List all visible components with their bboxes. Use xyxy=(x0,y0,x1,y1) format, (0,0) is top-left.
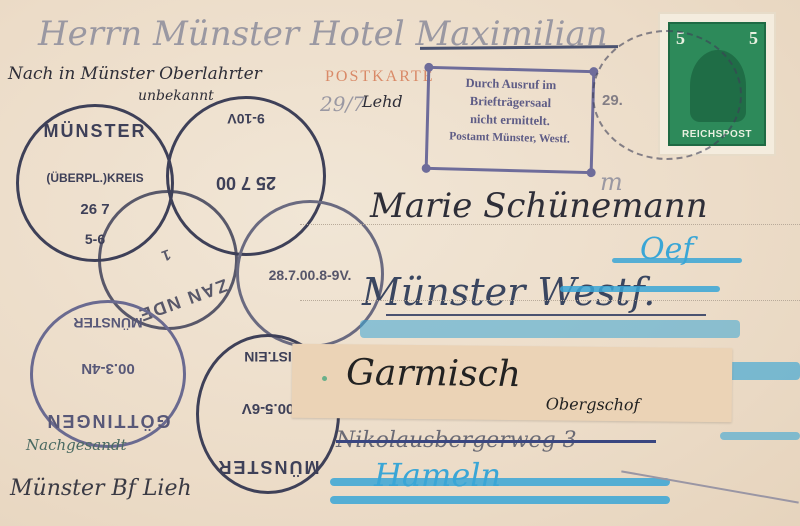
postmark-stamp-cancel: 29. xyxy=(592,30,742,160)
strike-line xyxy=(336,440,656,443)
handwriting-blue-city-struck: Hameln xyxy=(374,456,501,494)
blue-scribble xyxy=(720,432,800,440)
handwriting-forward-town: Garmisch xyxy=(346,352,521,395)
postmark-goettingen: GÖTTINGEN 00.3-4N MÜNSTER xyxy=(30,300,186,448)
underline xyxy=(386,314,706,316)
forwarding-label-strip: Garmisch Obergschof xyxy=(292,344,733,423)
pin-hole xyxy=(322,376,327,381)
handwriting-signature: Lehd xyxy=(362,92,403,111)
handwriting-city: Münster Westf. xyxy=(362,270,655,314)
blue-strike xyxy=(330,478,670,486)
address-line xyxy=(300,224,800,225)
handwriting-bottom-left-2: Münster Bf Lieh xyxy=(10,476,192,501)
handwriting-addressee: Marie Schünemann xyxy=(370,186,708,226)
postkarte-print: POSTKARTE xyxy=(325,68,435,86)
handwriting-bottom-left-1: Nachgesandt xyxy=(26,436,127,454)
postcard: Herrn Münster Hotel Maximilian Nach in M… xyxy=(0,0,800,526)
handwriting-forward-note: Obergschof xyxy=(546,394,640,414)
box-stamp-line: Postamt Münster, Westf. xyxy=(428,127,590,149)
stamp-value: 5 xyxy=(749,28,758,49)
blue-strike xyxy=(612,258,742,263)
handwriting-note-line1: Nach in Münster Oberlahrter xyxy=(8,64,262,84)
blue-strike xyxy=(560,286,720,292)
handwriting-note-line2: unbekannt xyxy=(138,88,214,104)
address-line xyxy=(300,300,800,301)
handwriting-date: 29/7 xyxy=(320,92,365,116)
blue-strike xyxy=(330,496,670,504)
blue-scribble xyxy=(360,320,740,338)
undeliverable-box-stamp: Durch Ausruf im Briefträgersaal nicht er… xyxy=(425,66,596,174)
